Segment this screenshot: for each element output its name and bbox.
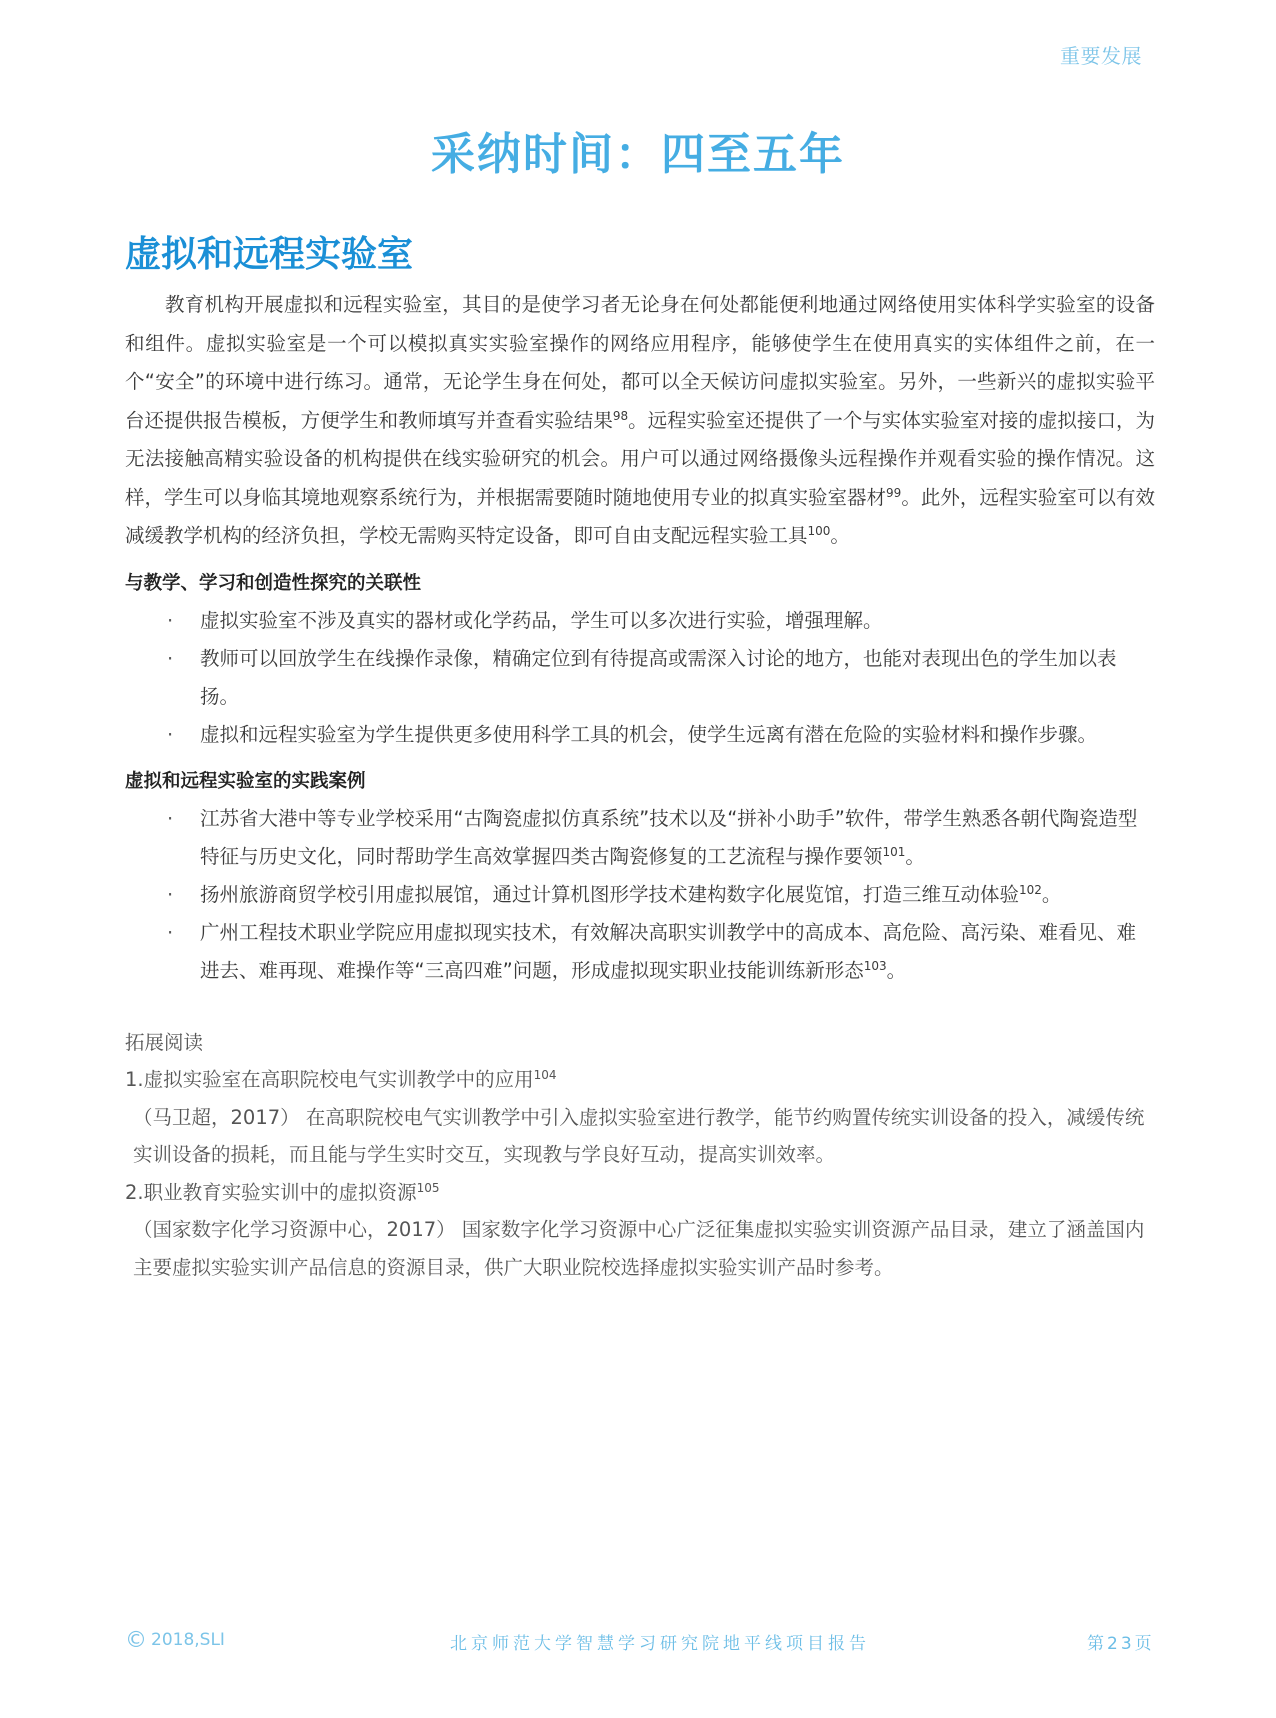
bullet-icon: ·: [167, 914, 173, 952]
running-head: 重要发展: [1060, 40, 1142, 69]
footer-report-name: 北京师范大学智慧学习研究院地平线项目报告: [450, 1629, 870, 1654]
bullet-icon: ·: [167, 876, 173, 914]
relevance-list: ·虚拟实验室不涉及真实的器材或化学药品，学生可以多次进行实验，增强理解。 ·教师…: [125, 602, 1155, 754]
list-item: ·扬州旅游商贸学校引用虚拟展馆，通过计算机图形学技术建构数字化展览馆，打造三维互…: [125, 876, 1155, 914]
reading-title-text: 2.职业教育实验实训中的虚拟资源: [125, 1181, 417, 1204]
footnote-ref[interactable]: 98: [613, 409, 628, 423]
list-item: ·教师可以回放学生在线操作录像，精确定位到有待提高或需深入讨论的地方，也能对表现…: [125, 640, 1155, 716]
list-item-text: 虚拟和远程实验室为学生提供更多使用科学工具的机会，使学生远离有潜在危险的实验材料…: [200, 723, 1097, 746]
reading-title-text: 1.虚拟实验室在高职院校电气实训教学中的应用: [125, 1068, 534, 1091]
list-item-text: 教师可以回放学生在线操作录像，精确定位到有待提高或需深入讨论的地方，也能对表现出…: [200, 647, 1117, 708]
footnote-ref[interactable]: 101: [883, 845, 906, 859]
list-item-text: 虚拟实验室不涉及真实的器材或化学药品，学生可以多次进行实验，增强理解。: [200, 609, 883, 632]
reading-title: 2.职业教育实验实训中的虚拟资源105: [125, 1174, 1155, 1212]
footnote-ref[interactable]: 102: [1019, 883, 1042, 897]
page-number: 第23页: [1087, 1629, 1155, 1654]
punct: 。: [905, 845, 925, 868]
main-content: 教育机构开展虚拟和远程实验室，其目的是使学习者无论身在何处都能便利地通过网络使用…: [125, 286, 1155, 1286]
reading-title: 1.虚拟实验室在高职院校电气实训教学中的应用104: [125, 1061, 1155, 1099]
cases-heading: 虚拟和远程实验室的实践案例: [125, 764, 1155, 800]
footnote-ref[interactable]: 105: [417, 1181, 440, 1195]
footnote-ref[interactable]: 99: [886, 486, 901, 500]
punct: 。: [1042, 883, 1062, 906]
list-item-text: 广州工程技术职业学院应用虚拟现实技术，有效解决高职实训教学中的高成本、高危险、高…: [200, 921, 1136, 982]
further-reading: 拓展阅读 1.虚拟实验室在高职院校电气实训教学中的应用104 （马卫超，2017…: [125, 1024, 1155, 1287]
section-title: 虚拟和远程实验室: [125, 226, 413, 277]
list-item-text: 江苏省大港中等专业学校采用“古陶瓷虚拟仿真系统”技术以及“拼补小助手”软件，带学…: [200, 807, 1137, 868]
page-title: 采纳时间：四至五年: [0, 118, 1276, 182]
intro-paragraph: 教育机构开展虚拟和远程实验室，其目的是使学习者无论身在何处都能便利地通过网络使用…: [125, 286, 1155, 556]
bullet-icon: ·: [167, 640, 173, 678]
copyright-icon: ©: [125, 1628, 147, 1653]
reading-body: （国家数字化学习资源中心，2017） 国家数字化学习资源中心广泛征集虚拟实验实训…: [125, 1211, 1155, 1286]
copyright-text: 2018,SLI: [151, 1630, 225, 1650]
cases-list: ·江苏省大港中等专业学校采用“古陶瓷虚拟仿真系统”技术以及“拼补小助手”软件，带…: [125, 800, 1155, 990]
relevance-heading: 与教学、学习和创造性探究的关联性: [125, 566, 1155, 602]
punct: 。: [887, 959, 907, 982]
bullet-icon: ·: [167, 800, 173, 838]
list-item: ·江苏省大港中等专业学校采用“古陶瓷虚拟仿真系统”技术以及“拼补小助手”软件，带…: [125, 800, 1155, 876]
further-reading-label: 拓展阅读: [125, 1024, 1155, 1062]
footnote-ref[interactable]: 104: [534, 1068, 557, 1082]
intro-text-4: 。: [830, 524, 850, 547]
list-item: ·广州工程技术职业学院应用虚拟现实技术，有效解决高职实训教学中的高成本、高危险、…: [125, 914, 1155, 990]
list-item-text: 扬州旅游商贸学校引用虚拟展馆，通过计算机图形学技术建构数字化展览馆，打造三维互动…: [200, 883, 1019, 906]
bullet-icon: ·: [167, 602, 173, 640]
bullet-icon: ·: [167, 716, 173, 754]
list-item: ·虚拟实验室不涉及真实的器材或化学药品，学生可以多次进行实验，增强理解。: [125, 602, 1155, 640]
list-item: ·虚拟和远程实验室为学生提供更多使用科学工具的机会，使学生远离有潜在危险的实验材…: [125, 716, 1155, 754]
footer-copyright: ©2018,SLI: [125, 1628, 225, 1653]
footnote-ref[interactable]: 103: [864, 959, 887, 973]
footnote-ref[interactable]: 100: [808, 524, 831, 538]
reading-body: （马卫超，2017） 在高职院校电气实训教学中引入虚拟实验室进行教学，能节约购置…: [125, 1099, 1155, 1174]
